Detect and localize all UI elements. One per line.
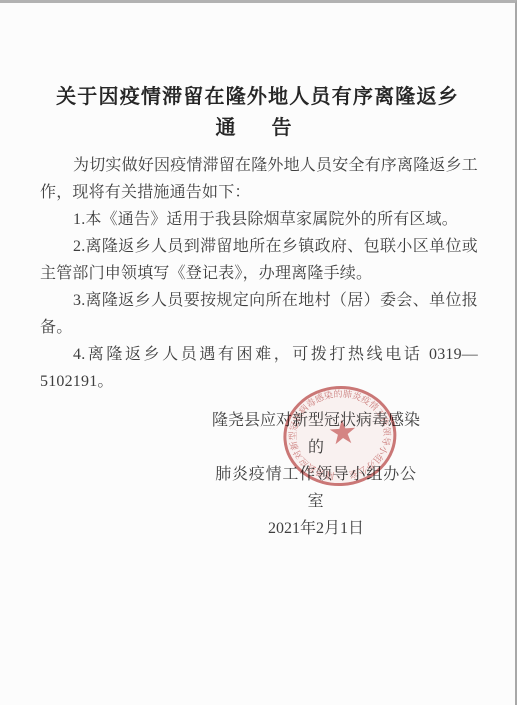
notice-body: 为切实做好因疫情滞留在隆外地人员安全有序离隆返乡工作，现将有关措施通告如下： 1… [40,152,478,395]
notice-intro-paragraph: 为切实做好因疫情滞留在隆外地人员安全有序离隆返乡工作，现将有关措施通告如下： [40,152,478,206]
notice-document-page: 关于因疫情滞留在隆外地人员有序离隆返乡 通 告 为切实做好因疫情滞留在隆外地人员… [0,0,517,705]
signature-block: 隆尧县应对新型冠状病毒感染的 肺炎疫情工作领导小组办公室 2021年2月1日 [210,407,422,542]
signature-date: 2021年2月1日 [210,515,422,542]
notice-title: 关于因疫情滞留在隆外地人员有序离隆返乡 通 告 [0,82,515,144]
notice-title-line2: 通 告 [0,113,515,144]
notice-item-1: 1.本《通告》适用于我县除烟草家属院外的所有区域。 [40,206,478,233]
notice-item-4: 4.离隆返乡人员遇有困难，可拨打热线电话 0319—5102191。 [40,341,478,395]
notice-item-3: 3.离隆返乡人员要按规定向所在地村（居）委会、单位报备。 [40,287,478,341]
notice-title-line1: 关于因疫情滞留在隆外地人员有序离隆返乡 [0,82,515,113]
signature-org-line1: 隆尧县应对新型冠状病毒感染的 [210,407,422,461]
notice-item-2: 2.离隆返乡人员到滞留地所在乡镇政府、包联小区单位或主管部门申领填写《登记表》，… [40,233,478,287]
signature-org-line2: 肺炎疫情工作领导小组办公室 [210,461,422,515]
